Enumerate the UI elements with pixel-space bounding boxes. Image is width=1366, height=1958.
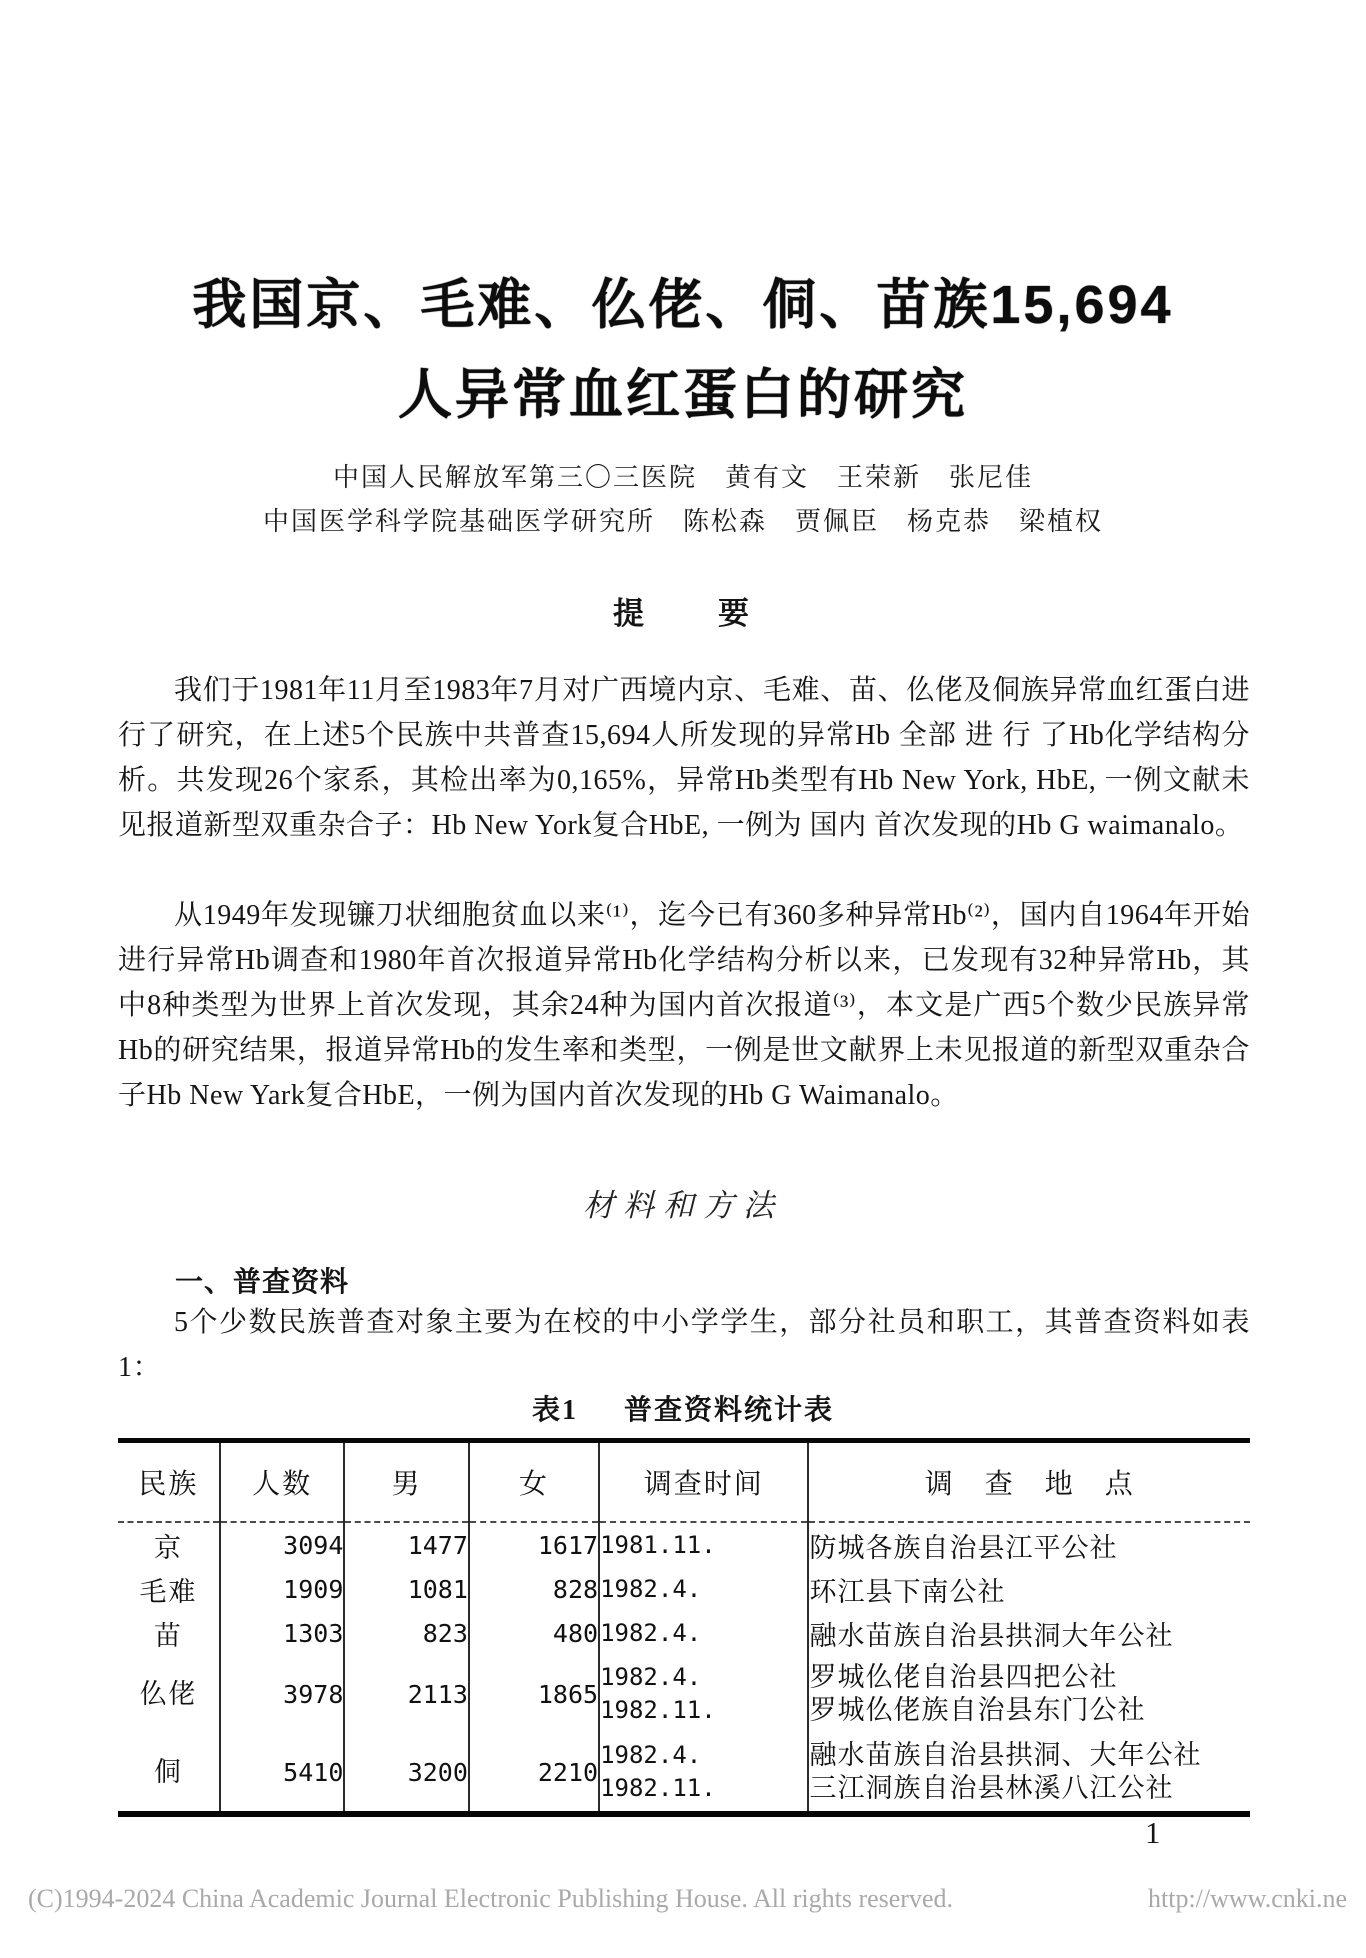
cell-survey-location: 防城各族自治县江平公社: [808, 1522, 1250, 1567]
cell-female: 1865: [469, 1655, 599, 1733]
cell-male: 3200: [344, 1733, 469, 1814]
page-number: 1: [1145, 1815, 1161, 1851]
table1-caption-label: 表1: [532, 1395, 578, 1426]
copyright-notice: (C)1994-2024 China Academic Journal Elec…: [28, 1884, 953, 1914]
cnki-url: http://www.cnki.ne: [1148, 1884, 1347, 1914]
table1-caption-title: 普查资料统计表: [624, 1395, 834, 1426]
table-row-dong: 侗 5410 3200 2210 1982.4. 1982.11. 融水苗族自治…: [118, 1733, 1250, 1814]
cell-count: 3094: [220, 1522, 345, 1567]
table-row-mulao: 仫佬 3978 2113 1865 1982.4. 1982.11. 罗城仫佬自…: [118, 1655, 1250, 1733]
col-header-ethnicity: 民族: [118, 1441, 220, 1523]
cell-survey-location: 融水苗族自治县拱洞大年公社: [808, 1611, 1250, 1655]
cell-survey-location: 环江县下南公社: [808, 1567, 1250, 1611]
methods-paragraph: 5个少数民族普查对象主要为在校的中小学学生，部分社员和职工，其普查资料如表1：: [118, 1300, 1250, 1390]
cell-survey-time: 1982.4. 1982.11.: [599, 1733, 808, 1814]
cell-female: 480: [469, 1611, 599, 1655]
section-heading-materials-and-methods: 材料和方法: [0, 1180, 1366, 1225]
cell-survey-time: 1982.4.: [599, 1611, 808, 1655]
affiliation-authors-line2: 中国医学科学院基础医学研究所 陈松森 贾佩臣 杨克恭 梁植权: [0, 501, 1366, 538]
abstract-heading: 提 要: [0, 588, 1366, 633]
cell-count: 1909: [220, 1567, 345, 1611]
col-header-count: 人数: [220, 1441, 345, 1523]
cell-ethnicity: 毛难: [118, 1567, 220, 1611]
cell-survey-location: 罗城仫佬自治县四把公社 罗城仫佬族自治县东门公社: [808, 1655, 1250, 1733]
cell-survey-time: 1982.4.: [599, 1567, 808, 1611]
cell-count: 3978: [220, 1655, 345, 1733]
scanned-paper-page: 我国京、毛难、仫佬、侗、苗族15,694 人异常血红蛋白的研究 中国人民解放军第…: [0, 0, 1366, 1958]
cell-male: 823: [344, 1611, 469, 1655]
article-title-line1: 我国京、毛难、仫佬、侗、苗族15,694: [0, 262, 1366, 339]
table-row-jing: 京 3094 1477 1617 1981.11. 防城各族自治县江平公社: [118, 1522, 1250, 1567]
cell-ethnicity: 仫佬: [118, 1655, 220, 1733]
affiliation-authors-line1: 中国人民解放军第三〇三医院 黄有文 王荣新 张尼佳: [0, 457, 1366, 494]
abstract-paragraph-2: 从1949年发现镰刀状细胞贫血以来⁽¹⁾，迄今已有360多种异常Hb⁽²⁾，国内…: [118, 893, 1250, 1118]
col-header-survey-location: 调 查 地 点: [808, 1441, 1250, 1523]
cell-count: 1303: [220, 1611, 345, 1655]
table-header-row: 民族 人数 男 女 调查时间 调 查 地 点: [118, 1441, 1250, 1523]
cell-ethnicity: 侗: [118, 1733, 220, 1814]
table1-caption: 表1普查资料统计表: [0, 1388, 1366, 1428]
cell-female: 1617: [469, 1522, 599, 1567]
cell-male: 2113: [344, 1655, 469, 1733]
abstract-paragraph-1: 我们于1981年11月至1983年7月对广西境内京、毛难、苗、仫佬及侗族异常血红…: [118, 668, 1250, 848]
cell-survey-time: 1981.11.: [599, 1522, 808, 1567]
cell-male: 1081: [344, 1567, 469, 1611]
cell-male: 1477: [344, 1522, 469, 1567]
cell-survey-location: 融水苗族自治县拱洞、大年公社 三江洞族自治县林溪八江公社: [808, 1733, 1250, 1814]
subsection-heading-survey-data: 一、普查资料: [175, 1260, 349, 1300]
table-row-miao: 苗 1303 823 480 1982.4. 融水苗族自治县拱洞大年公社: [118, 1611, 1250, 1655]
cell-female: 828: [469, 1567, 599, 1611]
cell-survey-time: 1982.4. 1982.11.: [599, 1655, 808, 1733]
article-title-line2: 人异常血红蛋白的研究: [0, 352, 1366, 429]
cell-count: 5410: [220, 1733, 345, 1814]
cell-ethnicity: 京: [118, 1522, 220, 1567]
survey-statistics-table: 民族 人数 男 女 调查时间 调 查 地 点 京 3094 1477 1617 …: [118, 1438, 1250, 1817]
cell-ethnicity: 苗: [118, 1611, 220, 1655]
col-header-survey-time: 调查时间: [599, 1441, 808, 1523]
col-header-male: 男: [344, 1441, 469, 1523]
col-header-female: 女: [469, 1441, 599, 1523]
table-row-maonan: 毛难 1909 1081 828 1982.4. 环江县下南公社: [118, 1567, 1250, 1611]
cell-female: 2210: [469, 1733, 599, 1814]
